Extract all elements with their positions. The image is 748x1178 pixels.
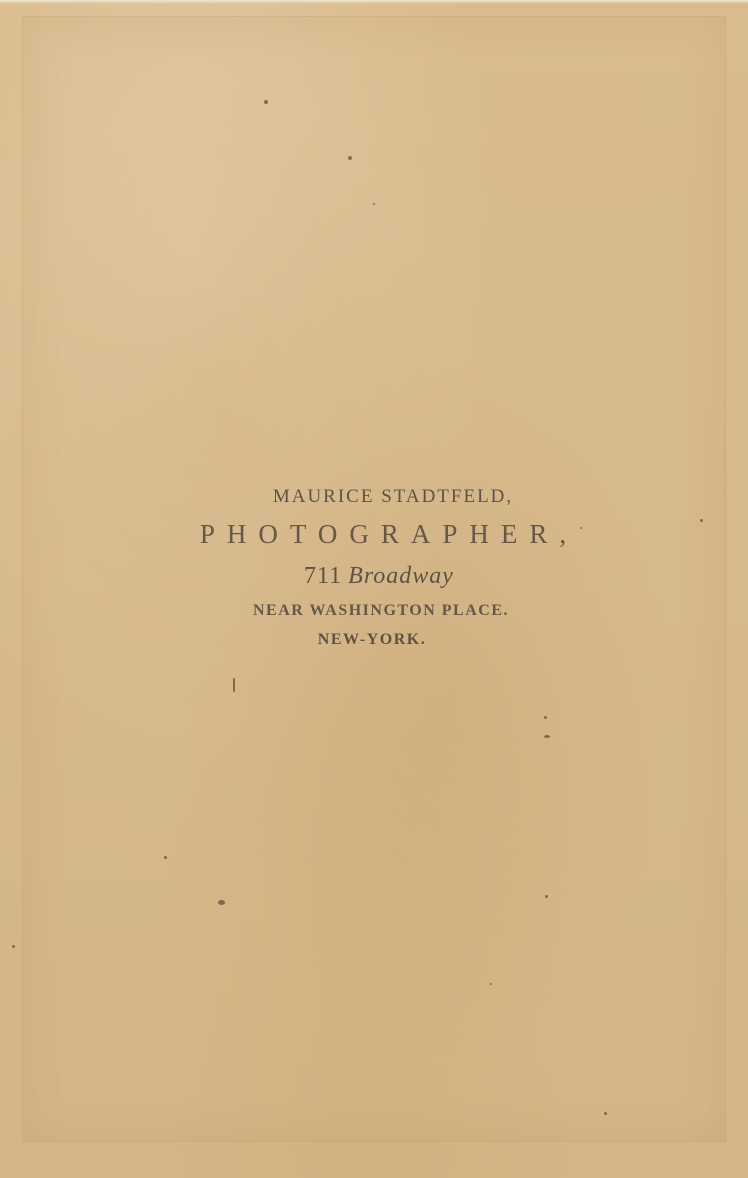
studio-city: NEW-YORK.: [0, 626, 748, 654]
address-locator: NEAR WASHINGTON PLACE.: [14, 596, 748, 626]
foxing-speck: [218, 900, 225, 905]
street-name: Broadway: [348, 563, 454, 589]
card-top-edge: [0, 0, 748, 4]
foxing-speck: [604, 1112, 607, 1115]
foxing-speck: [545, 895, 548, 898]
foxing-speck: [12, 945, 15, 948]
foxing-speck: [164, 856, 167, 859]
foxing-speck: [490, 983, 492, 985]
photographer-imprint: MAURICE STADTFELD, PHOTOGRAPHER, 711Broa…: [0, 482, 748, 654]
photographer-name: MAURICE STADTFELD,: [38, 482, 748, 512]
photograph-card-back: MAURICE STADTFELD, PHOTOGRAPHER, 711Broa…: [0, 0, 748, 1178]
photographer-title: PHOTOGRAPHER,: [30, 512, 748, 556]
foxing-speck: [544, 735, 550, 738]
street-number: 711: [304, 563, 342, 589]
foxing-speck: [348, 156, 352, 160]
foxing-speck: [264, 100, 268, 104]
foxing-speck: [544, 716, 547, 719]
foxing-speck: [580, 527, 582, 529]
foxing-speck: [700, 519, 703, 522]
foxing-speck: [233, 678, 235, 692]
foxing-speck: [373, 203, 375, 205]
studio-address: 711Broadway: [10, 556, 748, 596]
